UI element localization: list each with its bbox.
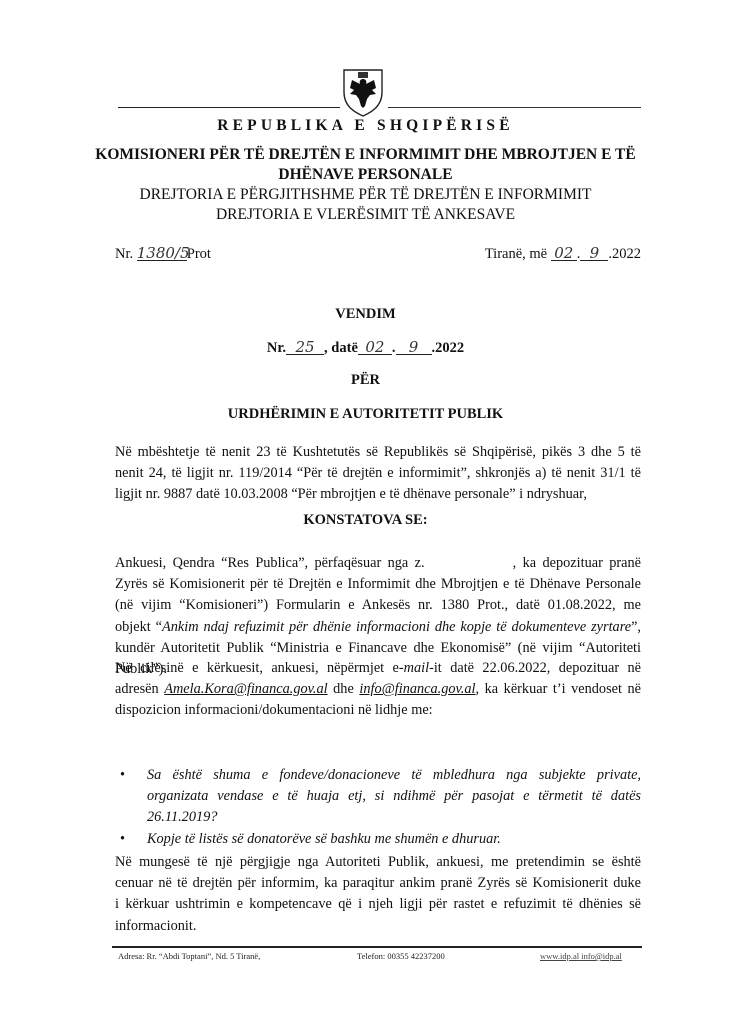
email-link-amela[interactable]: Amela.Kora@financa.gov.al [164,681,327,697]
city-date: Tiranë, më 02.9.2022 [485,246,641,263]
republic-title: REPUBLIKA E SHQIPËRISË [0,117,731,135]
directorate: DREJTORIA E VLERËSIMIT TË ANKESAVE [0,206,731,224]
complaint-object: Ankim ndaj refuzimit për dhënie informac… [162,619,631,635]
decision-date-prefix: , datë [324,340,358,356]
request-text: , ka kërkuar t’i vendoset në [476,681,642,697]
decision-year: .2022 [432,340,465,356]
list-item: • Kopje të listës së donatorëve së bashk… [115,829,641,850]
decision-number-date: Nr.25, datë02.9.2022 [0,340,731,357]
object-suffix: ”, [631,619,641,635]
institution-name-line2: DHËNAVE PERSONALE [0,166,731,184]
paragraph-line: Ankuesi, Qendra “Res Publica”, përfaqësu… [115,553,641,574]
protocol-number: Nr. 1380/5Prot [115,246,211,263]
paragraph-line: cenuar në të drejtën për informim, ka pa… [115,873,641,894]
protocol-number-handwritten: 1380/5 [137,246,187,261]
request-text: Në cilësinë e kërkuesit, ankuesi, nëpërm… [115,660,404,676]
request-mail-word: mail [404,660,429,676]
request-text: -it datë 22.06.2022, depozituar në [429,660,641,676]
paragraph-line: ligjit nr. 9887 datë 10.03.2008 “Për mbr… [115,484,641,505]
paragraph-line: Në mungesë të një përgjigje nga Autorite… [115,852,641,873]
protocol-prefix: Nr. [115,246,133,262]
decision-subject: URDHËRIMIN E AUTORITETIT PUBLIK [0,406,731,423]
paragraph-line: i kërkuar ushtrimin e kompetencave që i … [115,894,641,915]
object-prefix: objekt “ [115,619,162,635]
paragraph-line: dispozicion informacioni/dokumentacioni … [115,700,641,721]
paragraph-line: kundër Autoritetit Publik “Ministria e F… [115,638,641,659]
footer-phone: Telefon: 00355 42237200 [357,951,445,961]
institution-name-line1: KOMISIONERI PËR TË DREJTËN E INFORMIMIT … [0,146,731,164]
paragraph-line: (në vijim “Komisioneri”) Formularin e An… [115,595,641,616]
decision-month-handwritten: 9 [396,340,432,355]
email-link-info[interactable]: info@financa.gov.al [359,681,475,697]
absence-paragraph: Në mungesë të një përgjigje nga Autorite… [115,852,641,937]
decision-no-prefix: Nr. [267,340,286,356]
paragraph-line: Në mbështetje të nenit 23 të Kushtetutës… [115,442,641,463]
paragraph-line: Zyrës së Komisionerit për të Drejtën e I… [115,574,641,595]
footer-rule [112,946,642,948]
footer-website-link[interactable]: www.idp.al info@idp.al [540,951,622,961]
list-item-line: 26.11.2019? [147,807,641,828]
header-rule-right [388,107,641,108]
bullet-icon: • [120,765,125,786]
decision-for: PËR [0,372,731,389]
request-paragraph: Në cilësinë e kërkuesit, ankuesi, nëpërm… [115,658,641,722]
decision-number-handwritten: 25 [286,340,324,355]
paragraph-line: nenit 24, të ligjit nr. 119/2014 “Për të… [115,463,641,484]
list-item-line: Kopje të listës së donatorëve së bashku … [147,829,641,850]
requested-items-list: • Sa është shuma e fondeve/donacioneve t… [115,765,641,850]
list-item: • Sa është shuma e fondeve/donacioneve t… [115,765,641,829]
complaint-text: , ka depozituar pranë [513,555,641,571]
bullet-icon: • [120,829,125,850]
protocol-number-value: 1380/5 [137,244,190,262]
date-year: .2022 [608,246,641,262]
list-item-line: organizata vendase e të huaja etj, si nd… [147,786,641,807]
date-month-handwritten: 9 [580,246,608,261]
footer-address: Adresa: Rr. “Abdi Toptani”, Nd. 5 Tiranë… [118,951,260,961]
decision-day-handwritten: 02 [358,340,392,355]
city-prefix: Tiranë, më [485,246,547,262]
paragraph-line: objekt “Ankim ndaj refuzimit për dhënie … [115,617,641,638]
date-day-handwritten: 02 [551,246,577,261]
request-text: dhe [328,681,360,697]
complainant-text: Ankuesi, Qendra “Res Publica”, përfaqësu… [115,555,425,571]
paragraph-line: adresën Amela.Kora@financa.gov.al dhe in… [115,679,641,700]
directorate-general: DREJTORIA E PËRGJITHSHME PËR TË DREJTËN … [0,186,731,204]
protocol-suffix: Prot [187,246,211,262]
albanian-coat-of-arms-icon [340,62,386,118]
list-item-line: Sa është shuma e fondeve/donacioneve të … [147,765,641,786]
paragraph-line: Në cilësinë e kërkuesit, ankuesi, nëpërm… [115,658,641,679]
findings-heading: KONSTATOVA SE: [0,512,731,529]
legal-basis-paragraph: Në mbështetje të nenit 23 të Kushtetutës… [115,442,641,506]
decision-title: VENDIM [0,306,731,323]
header-rule-left [118,107,340,108]
paragraph-line: informacionit. [115,916,641,937]
request-text: adresën [115,681,164,697]
